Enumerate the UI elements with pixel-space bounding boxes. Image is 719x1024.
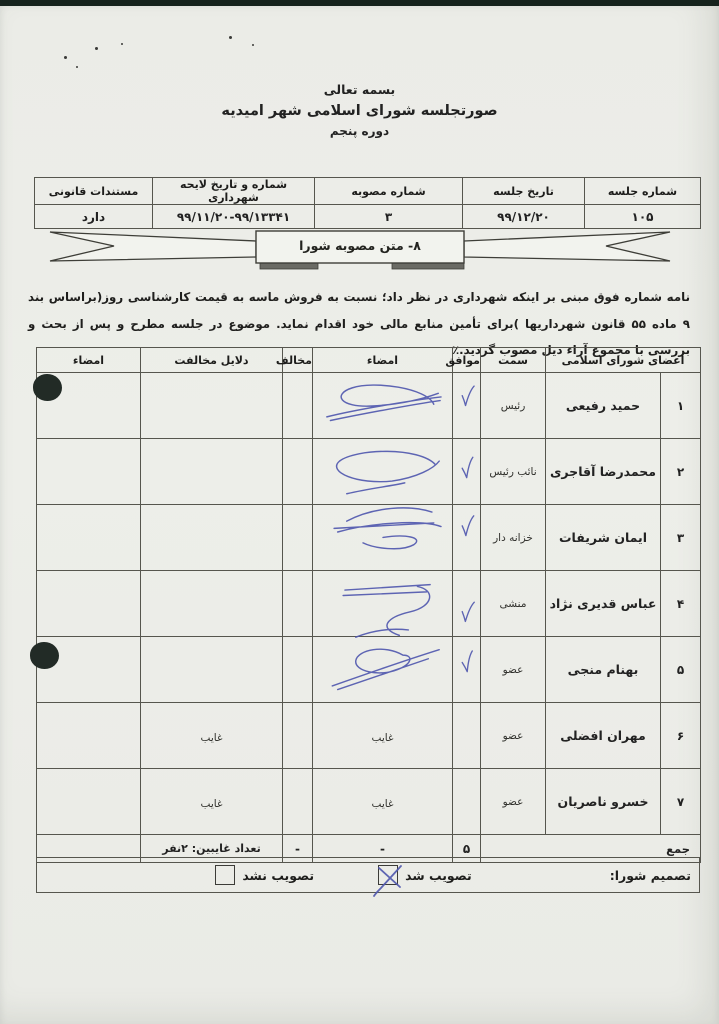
info-value-row: ۱۰۵ ۹۹/۱۲/۲۰ ۳ ۹۹/۱۱/۲۰-۹۹/۱۳۳۴۱ دارد (35, 205, 701, 229)
member-row: ۶ مهران افضلی عضو غایب غایب (37, 703, 701, 769)
member-position: خزانه دار (481, 505, 546, 571)
row-number: ۲ (661, 439, 701, 505)
approved-label: تصویب شد (405, 868, 472, 883)
member-name: خسرو ناصریان (546, 769, 661, 835)
approved-option: تصویب شد (378, 865, 472, 885)
x-mark-icon (376, 863, 402, 891)
ribbon-graphic (30, 229, 690, 281)
oppose-reason-cell (141, 637, 283, 703)
member-name: عباس قدیری نژاد (546, 571, 661, 637)
member-position: نائب رئیس (481, 439, 546, 505)
info-value-session-no: ۱۰۵ (585, 205, 701, 229)
member-name: حمید رفیعی (546, 373, 661, 439)
member-position: رئیس (481, 373, 546, 439)
col-header-position: سمت (481, 348, 546, 373)
row-number: ۱ (661, 373, 701, 439)
basmala-text: بسمه تعالی (0, 82, 719, 97)
votes-table: اعضای شورای اسلامی سمت موافق امضاء مخالف… (36, 347, 701, 863)
member-row: ۷ خسرو ناصریان عضو غایب غایب (37, 769, 701, 835)
scan-speck (229, 36, 232, 39)
oppose-reason-cell (141, 505, 283, 571)
signature-cell: غایب (313, 769, 453, 835)
member-name: بهنام منجی (546, 637, 661, 703)
check-icon (458, 381, 476, 410)
col-header-signature: امضاء (313, 348, 453, 373)
agree-vote-cell (453, 439, 481, 505)
rejected-checkbox (215, 865, 235, 885)
oppose-vote-cell (283, 637, 313, 703)
signature-cell (313, 439, 453, 505)
info-header-session-date: تاریخ جلسه (463, 178, 585, 205)
document-header: بسمه تعالی صورتجلسه شورای اسلامی شهر امی… (0, 82, 719, 138)
signature-cell (313, 505, 453, 571)
absent-signature-cell (37, 505, 141, 571)
section-banner: ۸- متن مصوبه شورا (30, 229, 690, 281)
row-number: ۳ (661, 505, 701, 571)
rejected-label: تصویب نشد (242, 868, 314, 883)
member-position: عضو (481, 637, 546, 703)
approved-checkbox (378, 865, 398, 885)
info-header-row: شماره جلسه تاریخ جلسه شماره مصوبه شماره … (35, 178, 701, 205)
council-term: دوره پنجم (0, 124, 719, 138)
session-info-table: شماره جلسه تاریخ جلسه شماره مصوبه شماره … (34, 177, 701, 229)
member-position: عضو (481, 769, 546, 835)
absent-label: غایب (201, 798, 223, 810)
signature-scribble (317, 581, 449, 639)
signature-cell (313, 637, 453, 703)
oppose-vote-cell (283, 703, 313, 769)
absent-signature-cell (37, 703, 141, 769)
member-row: ۲ محمدرضا آقاجری نائب رئیس (37, 439, 701, 505)
info-header-bill-no-date: شماره و تاریخ لایحه شهرداری (153, 178, 315, 205)
scan-speck (121, 43, 123, 45)
member-row: ۵ بهنام منجی عضو (37, 637, 701, 703)
scan-speck (252, 44, 254, 46)
absent-signature-cell (37, 571, 141, 637)
hole-punch (33, 374, 62, 401)
oppose-vote-cell (283, 373, 313, 439)
member-row: ۳ ایمان شریفات خزانه دار (37, 505, 701, 571)
col-header-signature2: امضاء (37, 348, 141, 373)
scanned-document-page: بسمه تعالی صورتجلسه شورای اسلامی شهر امی… (0, 0, 719, 1024)
row-number: ۷ (661, 769, 701, 835)
oppose-vote-cell (283, 439, 313, 505)
signature-cell (313, 373, 453, 439)
check-icon (457, 597, 475, 626)
signature-scribble (317, 443, 449, 501)
info-value-resolution-no: ۳ (315, 205, 463, 229)
oppose-vote-cell (283, 769, 313, 835)
info-header-legal-docs: مستندات قانونی (35, 178, 153, 205)
document-title: صورتجلسه شورای اسلامی شهر امیدیه (0, 103, 719, 119)
member-name: ایمان شریفات (546, 505, 661, 571)
check-icon (458, 511, 475, 540)
col-header-members: اعضای شورای اسلامی (546, 348, 701, 373)
info-header-session-no: شماره جلسه (585, 178, 701, 205)
oppose-reason-cell (141, 439, 283, 505)
section-banner-title: ۸- متن مصوبه شورا (256, 238, 464, 253)
absent-signature-cell (37, 769, 141, 835)
decision-label: تصمیم شورا: (610, 868, 691, 883)
agree-vote-cell (453, 571, 481, 637)
scan-speck (64, 56, 67, 59)
absent-label: غایب (372, 798, 394, 810)
votes-header-row: اعضای شورای اسلامی سمت موافق امضاء مخالف… (37, 348, 701, 373)
col-header-oppose-reasons: دلایل مخالفت (141, 348, 283, 373)
scan-speck (76, 66, 78, 68)
agree-vote-cell (453, 637, 481, 703)
row-number: ۵ (661, 637, 701, 703)
col-header-oppose: مخالف (283, 348, 313, 373)
agree-vote-cell (453, 703, 481, 769)
member-name: محمدرضا آقاجری (546, 439, 661, 505)
signature-scribble (317, 637, 449, 695)
scanner-edge (0, 0, 719, 6)
check-icon (457, 647, 476, 677)
oppose-reason-cell (141, 571, 283, 637)
oppose-reason-cell (141, 373, 283, 439)
member-position: عضو (481, 703, 546, 769)
oppose-reason-cell: غایب (141, 703, 283, 769)
absent-label: غایب (372, 732, 394, 744)
signature-scribble (317, 503, 449, 561)
absent-signature-cell (37, 439, 141, 505)
member-row: ۱ حمید رفیعی رئیس (37, 373, 701, 439)
oppose-vote-cell (283, 571, 313, 637)
decision-row: تصمیم شورا: تصویب شد تصویب نشد (36, 857, 700, 893)
member-name: مهران افضلی (546, 703, 661, 769)
agree-vote-cell (453, 505, 481, 571)
signature-cell: غایب (313, 703, 453, 769)
col-header-agree: موافق (453, 348, 481, 373)
info-value-legal-docs: دارد (35, 205, 153, 229)
agree-vote-cell (453, 769, 481, 835)
scan-speck (95, 47, 98, 50)
signature-cell (313, 571, 453, 637)
info-header-resolution-no: شماره مصوبه (315, 178, 463, 205)
row-number: ۴ (661, 571, 701, 637)
signature-scribble (317, 377, 449, 435)
oppose-reason-cell: غایب (141, 769, 283, 835)
absent-label: غایب (201, 732, 223, 744)
member-row: ۴ عباس قدیری نژاد منشی (37, 571, 701, 637)
check-icon (458, 453, 475, 482)
agree-vote-cell (453, 373, 481, 439)
info-value-bill-no-date: ۹۹/۱۱/۲۰-۹۹/۱۳۳۴۱ (153, 205, 315, 229)
member-position: منشی (481, 571, 546, 637)
hole-punch (30, 642, 59, 669)
oppose-vote-cell (283, 505, 313, 571)
info-value-session-date: ۹۹/۱۲/۲۰ (463, 205, 585, 229)
rejected-option: تصویب نشد (215, 865, 314, 885)
row-number: ۶ (661, 703, 701, 769)
